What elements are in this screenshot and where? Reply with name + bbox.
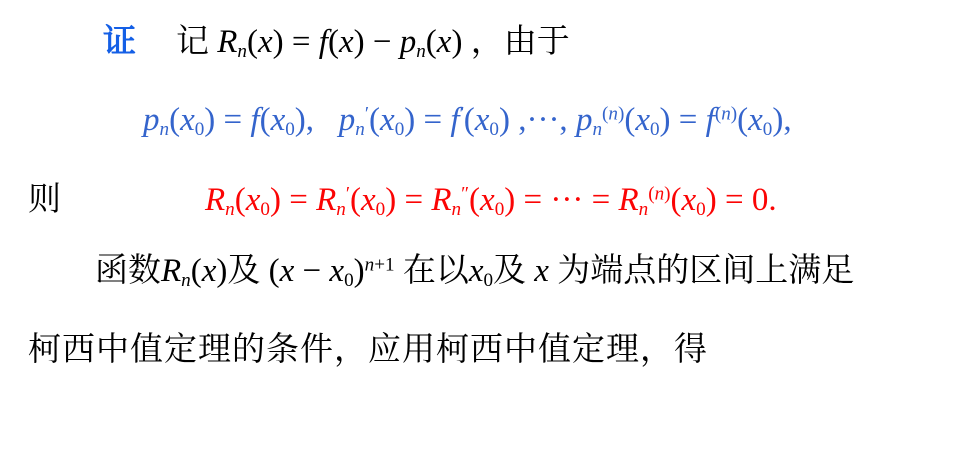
formula-segment: = (671, 102, 706, 138)
proof-marker: 证 (103, 22, 136, 59)
formula-segment: x (480, 182, 495, 218)
formula-segment: ( (671, 182, 682, 218)
cauchy-paragraph-first-line: 函数Rn(x)及 (x − x0)n+1 在以x0及 x 为端点的区间上满足 (95, 250, 854, 294)
formula-segment: 0 (344, 270, 354, 291)
formula-segment: ，由于 (462, 24, 569, 60)
formula-segment: n (365, 254, 375, 275)
formula-segment: x (180, 102, 195, 138)
formula-segment: R (217, 24, 237, 60)
formula-segment: ) (354, 253, 365, 289)
formula-segment: ) (706, 182, 717, 218)
formula-segment: 0 (650, 119, 660, 140)
formula-segment: n (237, 41, 247, 62)
formula-segment: 函数 (95, 253, 161, 289)
proof-intro-line: 证记 Rn(x) = f(x) − pn(x) ，由于 (103, 20, 570, 65)
pn-matching-conditions-formula: pn(x0) = f(x0), pn′(x0) = f′(x0) ,···, p… (143, 99, 792, 143)
formula-segment: 0 (763, 119, 773, 140)
formula-segment: ) (404, 102, 415, 138)
formula-segment: 及 (493, 253, 534, 289)
formula-segment: x (534, 253, 549, 289)
formula-segment: ( (260, 253, 279, 289)
formula-segment: ( (328, 24, 339, 60)
cauchy-paragraph-second-line: 柯西中值定理的条件，应用柯西中值定理，得 (28, 329, 708, 372)
math-proof-slide: 证记 Rn(x) = f(x) − pn(x) ，由于pn(x0) = f(x0… (0, 0, 960, 450)
formula-segment: R (316, 182, 336, 218)
formula-segment: R (431, 182, 451, 218)
formula-segment: ) (273, 24, 284, 60)
formula-segment: ( (464, 102, 475, 138)
formula-segment: 0 (285, 119, 295, 140)
formula-segment: x (258, 24, 273, 60)
formula-segment: x (329, 253, 344, 289)
formula-segment: R (618, 182, 638, 218)
formula-segment: x (437, 24, 452, 60)
formula-segment: ), (295, 102, 314, 138)
formula-segment: ) (504, 182, 515, 218)
formula-segment: x (748, 102, 763, 138)
formula-segment: 0 (195, 119, 205, 140)
formula-segment: f (319, 24, 328, 60)
formula-segment: 0 (696, 199, 706, 220)
formula-segment: 记 (176, 24, 217, 60)
formula-segment: − (294, 253, 329, 289)
formula-segment: n (181, 270, 191, 291)
formula-segment: f (450, 102, 459, 138)
formula-segment: ( (260, 102, 271, 138)
formula-segment: n (225, 199, 235, 220)
formula-segment: 为端点的区间上满足 (549, 253, 854, 289)
formula-segment: n (160, 119, 170, 140)
formula-segment: = (215, 102, 250, 138)
formula-segment: x (271, 102, 286, 138)
formula-segment: ( (624, 102, 635, 138)
formula-segment: ) (451, 24, 462, 60)
formula-segment: ( (369, 102, 380, 138)
formula-segment: = (415, 102, 450, 138)
formula-segment: ) (204, 102, 215, 138)
formula-segment: x (246, 182, 261, 218)
formula-segment: n (655, 183, 665, 204)
formula-segment: n (452, 199, 462, 220)
formula-segment: x (280, 253, 295, 289)
formula-segment: − (365, 24, 400, 60)
formula-segment: 0 (260, 199, 270, 220)
formula-segment: R (161, 253, 181, 289)
formula-segment: 0 (483, 270, 493, 291)
formula-segment: x (635, 102, 650, 138)
formula-segment: ( (191, 253, 202, 289)
formula-segment: 0 (395, 119, 405, 140)
formula-segment: ( (350, 182, 361, 218)
formula-segment (314, 102, 339, 138)
formula-segment: ( (469, 182, 480, 218)
formula-segment: n (721, 103, 731, 124)
formula-segment: x (380, 102, 395, 138)
formula-segment: n (608, 103, 618, 124)
formula-segment: x (469, 253, 484, 289)
formula-segment: x (682, 182, 697, 218)
remainder-definition-formula: 记 Rn(x) = f(x) − pn(x) ，由于 (176, 24, 570, 60)
formula-segment: n (416, 41, 426, 62)
formula-segment: ) (270, 182, 281, 218)
formula-segment: x (202, 253, 217, 289)
then-label: 则 (28, 182, 61, 218)
formula-segment: ) (216, 253, 227, 289)
formula-segment: 0 (495, 199, 505, 220)
formula-segment: ( (426, 24, 437, 60)
formula-segment: p (143, 102, 160, 138)
formula-segment: x (361, 182, 376, 218)
formula-segment: ,···, (510, 102, 576, 138)
formula-segment: = (284, 24, 319, 60)
formula-segment: f (250, 102, 259, 138)
formula-segment: = ··· = (515, 182, 618, 218)
formula-segment: ) (354, 24, 365, 60)
formula-segment: = (396, 182, 431, 218)
then-line: 则Rn(x0) = Rn′(x0) = Rn″(x0) = ··· = Rn(n… (28, 179, 777, 223)
formula-segment: ) (385, 182, 396, 218)
formula-segment: ) (660, 102, 671, 138)
formula-segment: f (706, 102, 715, 138)
formula-segment: ) (499, 102, 510, 138)
formula-segment: R (205, 182, 225, 218)
formula-segment: x (339, 24, 354, 60)
formula-segment: ( (247, 24, 258, 60)
formula-segment: ), (772, 102, 791, 138)
formula-segment: n (336, 199, 346, 220)
formula-segment: p (576, 102, 593, 138)
formula-segment: x (475, 102, 490, 138)
formula-segment: +1 (374, 254, 394, 275)
formula-segment: 0 (489, 119, 499, 140)
formula-segment: 0 (376, 199, 386, 220)
formula-segment: n (592, 119, 602, 140)
formula-segment: = (281, 182, 316, 218)
rn-zero-derivatives-formula: Rn(x0) = Rn′(x0) = Rn″(x0) = ··· = Rn(n)… (205, 182, 777, 218)
formula-segment: ″ (461, 183, 469, 204)
formula-segment: n (355, 119, 365, 140)
formula-segment: ( (235, 182, 246, 218)
formula-segment: p (400, 24, 417, 60)
formula-segment: = 0. (717, 182, 777, 218)
formula-segment: n (639, 199, 649, 220)
formula-segment: 在以 (395, 253, 469, 289)
formula-segment: ( (737, 102, 748, 138)
formula-segment: p (339, 102, 356, 138)
formula-segment: 及 (227, 253, 260, 289)
formula-segment: ( (169, 102, 180, 138)
